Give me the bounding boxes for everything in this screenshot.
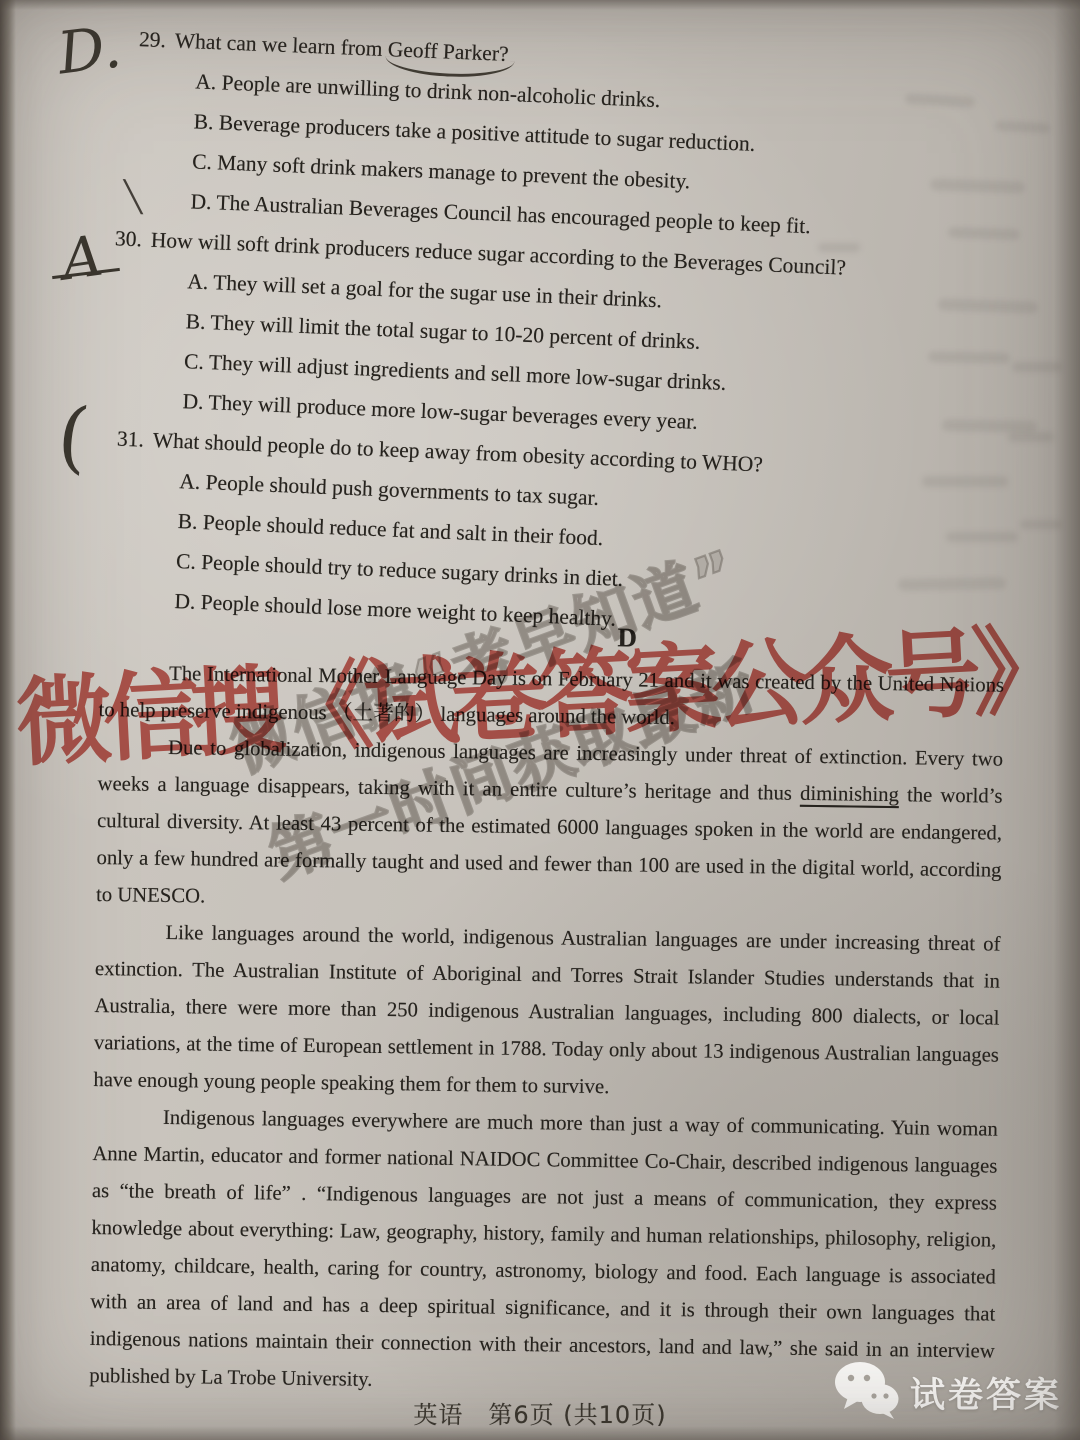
passage-paragraph-3: Like languages around the world, indigen… xyxy=(93,914,1000,1112)
handwritten-answer-q29: D. xyxy=(54,12,125,87)
wechat-badge-label: 试卷答案 xyxy=(910,1368,1062,1418)
page-edge-shadow-top xyxy=(0,0,1080,10)
scanned-exam-page: 29.What can we learn from Geoff Parker? … xyxy=(0,0,1080,1440)
bleedthrough-smudge xyxy=(1008,432,1054,442)
question-31-number: 31. xyxy=(117,427,145,452)
question-29-underlined-phrase: Geoff Parker? xyxy=(387,37,509,66)
handwritten-tick-q29-option-d: ╲ xyxy=(124,180,142,215)
question-29-text: What can we learn from xyxy=(174,29,388,62)
question-30-number: 30. xyxy=(115,226,143,251)
paragraph-2-underlined-word: diminishing xyxy=(800,783,899,806)
wechat-account-badge: 试卷答案 xyxy=(834,1361,1062,1424)
bleedthrough-smudge xyxy=(1012,362,1062,372)
wechat-logo-icon xyxy=(834,1361,900,1424)
questions-block: 29.What can we learn from Geoff Parker? … xyxy=(0,14,1021,654)
question-29-number: 29. xyxy=(139,27,167,52)
bleedthrough-smudge xyxy=(1020,520,1062,529)
